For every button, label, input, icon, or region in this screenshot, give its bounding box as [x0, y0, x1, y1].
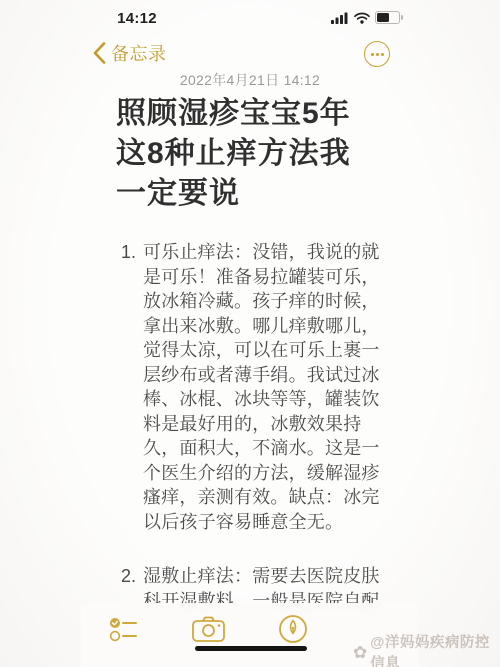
more-options-button[interactable]: [364, 41, 390, 67]
checklist-icon: [109, 617, 139, 642]
list-item-text: 可乐止痒法：没错，我说的就 是可乐！准备易拉罐装可乐， 放冰箱冷藏。孩子痒的时候…: [143, 240, 391, 534]
battery-icon: [375, 11, 400, 24]
markup-button[interactable]: [273, 611, 313, 647]
watermark: ✿ @洋妈妈疾病防控信息: [353, 631, 500, 667]
back-button[interactable]: 备忘录: [93, 40, 167, 66]
camera-icon: [192, 616, 225, 642]
note-body: 1. 可乐止痒法：没错，我说的就 是可乐！准备易拉罐装可乐， 放冰箱冷藏。孩子痒…: [121, 240, 391, 613]
list-item: 1. 可乐止痒法：没错，我说的就 是可乐！准备易拉罐装可乐， 放冰箱冷藏。孩子痒…: [121, 240, 391, 534]
list-item-number: 1.: [121, 240, 143, 265]
markup-pen-icon: [278, 614, 308, 644]
chevron-left-icon: [93, 42, 106, 64]
wifi-icon: [354, 12, 370, 24]
home-indicator[interactable]: [195, 646, 307, 651]
screenshot-canvas: 14:12: [0, 0, 500, 667]
camera-button[interactable]: [188, 611, 228, 647]
list-item-number: 2.: [121, 564, 143, 589]
status-time: 14:12: [107, 10, 167, 27]
note-title: 照顾湿疹宝宝5年 这8种止痒方法我 一定要说: [116, 94, 381, 214]
notes-app-screen: 14:12: [85, 0, 415, 667]
back-button-label: 备忘录: [111, 40, 167, 66]
watermark-logo-icon: ✿: [353, 644, 367, 661]
ellipsis-circle-icon: [371, 53, 384, 56]
status-bar: 14:12: [85, 8, 415, 30]
note-date: 2022年4月21日 14:12: [85, 70, 415, 90]
status-icons: [331, 11, 400, 24]
cellular-signal-icon: [331, 12, 349, 24]
checklist-button[interactable]: [104, 611, 144, 647]
watermark-text: @洋妈妈疾病防控信息: [370, 631, 500, 667]
nav-bar: 备忘录: [85, 38, 415, 70]
